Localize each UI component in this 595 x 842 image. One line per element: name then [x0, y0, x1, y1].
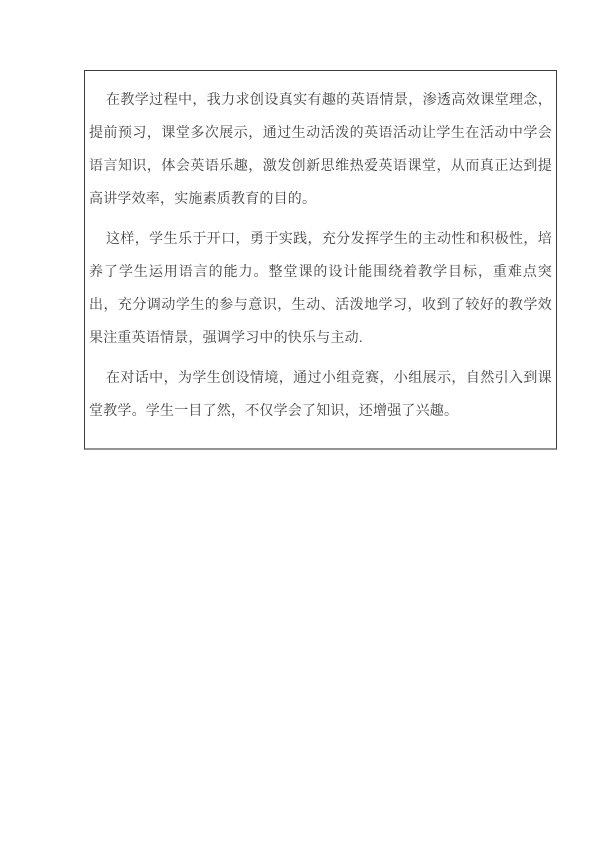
document-page: 在教学过程中，我力求创设真实有趣的英语情景，渗透高效课堂理念，提前预习，课堂多次… — [0, 0, 595, 842]
paragraph-dialogue-context: 在对话中，为学生创设情境，通过小组竞赛，小组展示，自然引入到课堂教学。学生一目了… — [89, 361, 552, 427]
paragraph-student-engagement: 这样，学生乐于开口，勇于实践，充分发挥学生的主动性和积极性，培养了学生运用语言的… — [89, 222, 552, 354]
paragraph-teaching-process: 在教学过程中，我力求创设真实有趣的英语情景，渗透高效课堂理念，提前预习，课堂多次… — [89, 83, 552, 215]
comment-text-cell: 在教学过程中，我力求创设真实有趣的英语情景，渗透高效课堂理念，提前预习，课堂多次… — [84, 70, 557, 450]
